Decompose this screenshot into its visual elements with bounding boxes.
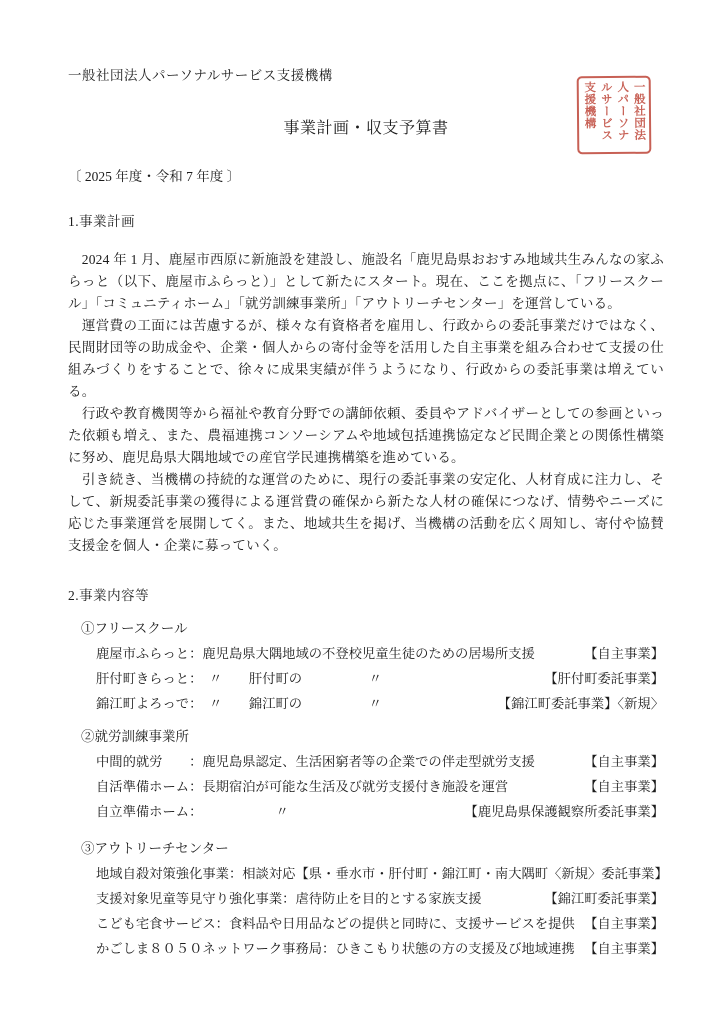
program-tag: 【自主事業】 [584,911,664,936]
program-description: 中間的就労 ：鹿児島県認定、生活困窮者等の企業での伴走型就労支援 [96,749,535,774]
seal-column: 支援機構 [583,81,595,129]
program-description: 肝付町きらっと： 〃 肝付町の 〃 [96,666,382,691]
program-row: 肝付町きらっと： 〃 肝付町の 〃 【肝付町委託事業】 [96,666,664,691]
program-description: 自活準備ホーム：長期宿泊が可能な生活及び就労支援付き施設を運営 [96,774,508,799]
program-description: 自立準備ホーム： 〃 [96,799,289,824]
program-row: 支援対象児童等見守り強化事業：虐待防止を目的とする家族支援 【錦江町委託事業】 [96,886,664,911]
free-school-rows: 鹿屋市ふらっと：鹿児島県大隅地域の不登校児童生徒のための居場所支援 【自主事業】… [96,641,664,716]
program-description: 鹿屋市ふらっと：鹿児島県大隅地域の不登校児童生徒のための居場所支援 [96,641,535,666]
section2-heading: 2.事業内容等 [68,587,664,604]
subsection-title-free-school: ①フリースクール [81,620,664,637]
program-tag: 【自主事業】 [584,749,664,774]
program-tag: 【自主事業】 [584,774,664,799]
work-training-rows: 中間的就労 ：鹿児島県認定、生活困窮者等の企業での伴走型就労支援 【自主事業】 … [96,749,664,824]
program-description: かごしま８０５０ネットワーク事務局：ひきこもり状態の方の支援及び地域連携 [96,936,575,961]
subsection-title-work-training: ②就労訓練事業所 [81,728,664,745]
program-description: こども宅食サービス：食料品や日用品などの提供と同時に、支援サービスを提供 [96,911,575,936]
program-row: 地域自殺対策強化事業：相談対応 【県・垂水市・肝付町・錦江町・南大隅町〈新規〉委… [96,861,664,886]
seal-column: 一般社団法 [633,81,646,141]
seal-column: 人パーソナ [616,81,629,141]
program-row: 錦江町よろっで： 〃 錦江町の 〃 【錦江町委託事業】〈新規〉 [96,691,664,716]
program-tag: 【鹿児島県保護観察所委託事業】 [465,799,664,824]
program-description: 支援対象児童等見守り強化事業：虐待防止を目的とする家族支援 [96,886,482,911]
program-row: 鹿屋市ふらっと：鹿児島県大隅地域の不登校児童生徒のための居場所支援 【自主事業】 [96,641,664,666]
section1-heading: 1.事業計画 [68,213,664,230]
paragraph-4: 引き続き、当機構の持続的な運営のために、現行の委託事業の安定化、人材育成に注力し… [68,469,664,557]
program-tag: 【錦江町委託事業】〈新規〉 [498,691,664,716]
document-page: 一般社団法人パーソナルサービス支援機構 一般社団法人パーソナルサービス支援機構 … [0,0,724,1024]
program-description: 地域自殺対策強化事業：相談対応 [96,861,295,886]
seal-column: ルサービス [600,81,613,141]
org-name: 一般社団法人パーソナルサービス支援機構 [68,68,664,84]
outreach-center-rows: 地域自殺対策強化事業：相談対応 【県・垂水市・肝付町・錦江町・南大隅町〈新規〉委… [96,861,664,961]
program-row: かごしま８０５０ネットワーク事務局：ひきこもり状態の方の支援及び地域連携 【自主… [96,936,664,961]
program-tag: 【錦江町委託事業】 [544,886,664,911]
corporate-seal: 一般社団法人パーソナルサービス支援機構 [577,76,652,155]
program-row: こども宅食サービス：食料品や日用品などの提供と同時に、支援サービスを提供 【自主… [96,911,664,936]
document-title: 事業計画・収支予算書 [68,120,664,137]
program-description: 錦江町よろっで： 〃 錦江町の 〃 [96,691,382,716]
program-row: 中間的就労 ：鹿児島県認定、生活困窮者等の企業での伴走型就労支援 【自主事業】 [96,749,664,774]
corporate-seal-text: 一般社団法人パーソナルサービス支援機構 [581,81,648,150]
program-tag: 【自主事業】 [584,641,664,666]
program-tag: 【県・垂水市・肝付町・錦江町・南大隅町〈新規〉委託事業】 [295,861,667,886]
program-tag: 【肝付町委託事業】 [544,666,664,691]
paragraph-3: 行政や教育機関等から福祉や教育分野での講師依頼、委員やアドバイザーとしての参画と… [68,403,664,469]
subsection-title-outreach-center: ③アウトリーチセンター [81,840,664,857]
fiscal-year: 〔 2025 年度・令和 7 年度 〕 [68,169,664,185]
program-row: 自活準備ホーム：長期宿泊が可能な生活及び就労支援付き施設を運営 【自主事業】 [96,774,664,799]
program-row: 自立準備ホーム： 〃 【鹿児島県保護観察所委託事業】 [96,799,664,824]
program-tag: 【自主事業】 [584,936,664,961]
paragraph-1: 2024 年 1 月、鹿屋市西原に新施設を建設し、施設名「鹿児島県おおすみ地域共… [68,249,664,315]
paragraph-2: 運営費の工面には苦慮するが、様々な有資格者を雇用し、行政からの委託事業だけではな… [68,315,664,403]
section1-body: 2024 年 1 月、鹿屋市西原に新施設を建設し、施設名「鹿児島県おおすみ地域共… [68,249,664,557]
